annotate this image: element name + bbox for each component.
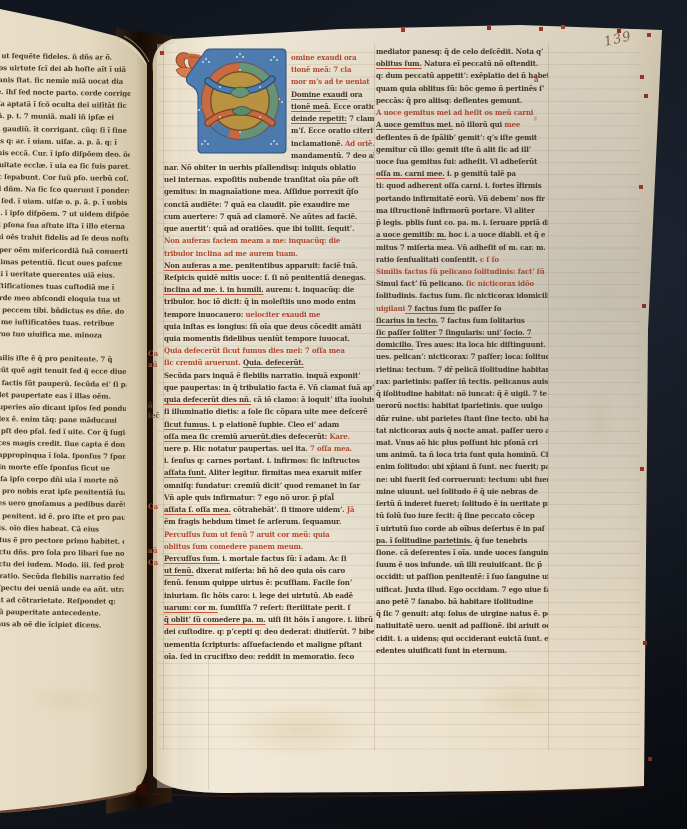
body-text-segment: panis ſtat. ſic nemĩe miã uocat dia <box>0 75 123 86</box>
body-text-segment: et appropinqua ĩ ſola. ſponſus 7 ſponſa <box>0 450 125 461</box>
body-text-segment: natiuitatẽ uero. uenit ad paſſionẽ. ibi … <box>376 621 548 630</box>
right-page-column-2: mediator panesq: q̃ de celo deſcẽdit. No… <box>376 46 548 664</box>
body-text-segment: quia inſtas es longius: ſñ oĩa que deus … <box>164 322 361 331</box>
body-text-segment: Vñ aple quis infirmatur: 7 ego nõ uror. … <box>164 493 334 502</box>
body-text-segment: que auertitʼ: quã ad oratiões. que ibi t… <box>164 224 354 233</box>
left-page-text-column: ſ. ut ſequẽte fideles. ñ dñs ar õ. nos u… <box>0 50 131 642</box>
manuscript-text-line: a uoce gemitib: m. hoc i. a uoce diabli.… <box>376 229 548 241</box>
body-text-segment: Secũda pars inquã ẽ flebilis narratio. i… <box>164 371 360 380</box>
rubric-segment: mor mʼs ad te ueniat <box>291 77 369 86</box>
rubric-segment: omine exaudi ora <box>291 53 356 62</box>
body-text-segment: q: dum peccatũ appetitʼ: exẽplatio dei ñ… <box>376 71 548 80</box>
manuscript-text-line: ſertũ ñ inderet fueret; ſolitudo ẽ in ue… <box>376 498 548 510</box>
body-text-segment: cã. ĩ ipſo diſpõem. 7 ut uidem diſpõem <box>0 208 129 219</box>
underlined-lemma-segment: inclina ad me. i. in humili. <box>164 285 264 294</box>
manuscript-text-line: omniſq: fundatur: cremiũ dicitʼ quod rem… <box>164 480 374 492</box>
manuscript-text-line: q: dum peccatũ appetitʼ: exẽplatio dei ñ… <box>376 70 548 82</box>
underlined-lemma-segment: oblitus ſum. <box>376 59 422 68</box>
manuscript-text-line: domicilio. Tres aues: ita loca hic diſti… <box>376 339 548 351</box>
underlined-lemma-segment: quia defecerũt dies nñ. <box>164 395 251 404</box>
body-text-segment: i. p elationẽ ſupbie. Cleo eiʼ adam <box>210 420 339 429</box>
body-text-segment: dñi ĩ ueritate querentes uiã eius. <box>0 269 115 280</box>
manuscript-text-line: Similis factus ſũ pelicano ſolitudinis: … <box>376 266 548 278</box>
red-tail-segment: 7 oſſa mea. <box>310 444 352 453</box>
red-tail-segment: c ſ ſo <box>478 255 499 264</box>
manuscript-text-line: ſi illuminatio dietis: a ſole ſic cõpara… <box>164 406 374 418</box>
manuscript-text-line: ratio ſenſualitati conſentit. c ſ ſo <box>376 254 548 266</box>
body-text-segment: peccãs: q̃ pro aliisq: deflentes gemunt. <box>376 96 522 105</box>
manuscript-text-line: dei cuſtodire. q: pʼcepti q: deo dederat… <box>164 626 374 638</box>
manuscript-text-line: dicũt quẽ agit tenuit ſed q̃ ecce diuerſ… <box>0 364 127 378</box>
body-text-segment: rax: parietinis: paſſer iñ tectis. pelic… <box>376 377 548 386</box>
body-text-segment: penitentibus apparuit: faciẽ tuã. <box>233 261 358 270</box>
body-text-segment: ſic ſepabunt. Cor ſuũ pſo. uerbũ coſ. <box>0 172 129 183</box>
column-rule-middle <box>374 44 375 750</box>
body-text-segment: ẽm fragis hebdum timet ſe arſerum. ſequa… <box>164 517 341 526</box>
body-text-segment: nõ illorũ qui <box>453 120 504 129</box>
underlined-lemma-segment: domicilio. <box>376 340 413 349</box>
body-text-segment: Natura eĩ peccatũ nõ oſtendit. <box>422 59 538 68</box>
body-text-segment: uere p. Hic notatur paupertas. uel ita. <box>164 444 310 453</box>
body-text-segment: ratio ſenſualitati conſentit. <box>376 255 478 264</box>
body-text-segment: aurem: t. inquacũq: die <box>264 285 355 294</box>
body-text-segment: dñr ruine. ubi parietes ſtant ſine tecto… <box>376 414 548 423</box>
body-text-segment: occidit: ut paſſion penitentẽ: ĩ ſuo ſan… <box>376 572 548 581</box>
body-text-segment: oĩa aptatã ĩ ſcõ oculta dei uiſitãt ſic <box>0 99 127 110</box>
body-text-segment: uiſi ſit hõis ĩ angore. i. librũ <box>266 615 373 624</box>
margin-annotation-text: ã <box>534 75 539 84</box>
manuscript-text-line: mediator panesq: q̃ de celo deſcẽdit. No… <box>376 46 548 58</box>
manuscript-text-line: oblitus ſum comedere panem meum. <box>164 541 374 553</box>
body-text-segment: qui oẽs trahit fidelis ad ſe deus noſter <box>0 232 128 243</box>
manuscript-text-line: pa. ĩ ſolitudine parietinis. q̃ ſue tene… <box>376 535 548 547</box>
manuscript-text-line: ne: ubi fuerit ſed corruerunt: tectum: u… <box>376 474 548 486</box>
manuscript-text-line: Non auferas a me. penitentibus apparuit:… <box>164 260 374 272</box>
underlined-lemma-segment: aſſata ſunt. <box>164 468 206 477</box>
body-text-segment: uidet paupertate eas ĩ illas oẽm. <box>0 390 111 401</box>
manuscript-text-line: cidit. i. a uidens; qui occiderant euict… <box>376 633 548 645</box>
body-text-segment: fides uero gnoſamus a pedibus darẽt <box>0 498 125 509</box>
rubric-segment: Percuſſus ſum ut fenũ 7 aruit cor meũ: q… <box>164 530 330 539</box>
rubric-segment: A uoce gemitus mei ad heſit os meũ carni <box>376 108 533 117</box>
margin-annotation: Ca <box>148 503 158 511</box>
manuscript-text-line: tribulor. hoc iõ dicit: q̃ in moleſtiis … <box>164 296 374 308</box>
manuscript-text-line: nar. Nõ obiter in uerbis pſallendisq: in… <box>164 162 374 174</box>
rubric-segment: oblitus ſum comedere panem meum. <box>164 542 303 551</box>
manuscript-text-line: rax: parietinis: paſſer iñ tectis. pelic… <box>376 376 548 388</box>
body-text-segment: uoces magis credit. ſiue capta ẽ dono ſu… <box>0 438 126 449</box>
underlined-lemma-segment: ſic paſſer ſoliter 7 ſingularis: uniʼ ſo… <box>376 328 531 337</box>
body-text-segment: ſicut ad cõtrarietate. Reſpondet q: <box>0 595 116 606</box>
rubric-segment: Non auferas faciem meam a me: inquacũq: … <box>164 236 340 245</box>
underlined-lemma-segment: a uoce gemitib: m. <box>376 230 446 239</box>
manuscript-text-line: quam quia oblitus ſũ: hõc gemo ñ pertinẽ… <box>376 83 548 95</box>
body-text-segment: ne: ubi fuerit ſed corruerunt: tectum: u… <box>376 475 548 484</box>
body-text-segment: animas petentiũ. ſicut oues paſcue <box>0 257 122 268</box>
red-tail-segment: Ad oriẽ. <box>345 139 374 148</box>
body-text-segment: mʼſ. Ecce oratio citeriʼ <box>291 126 374 135</box>
body-text-segment: cum auertere: 7 quã ad clamorẽ. Ne aũtes… <box>164 212 357 221</box>
manuscript-text-line: occidit: ut paſſion penitentẽ: ĩ ſuo ſan… <box>376 571 548 583</box>
margin-annotation: ▖ <box>534 113 539 121</box>
body-text-segment: rectus ẽ pro pectore primo habitet. cã <box>0 535 124 546</box>
body-text-segment: 7 factus ſum ſolitarius <box>438 316 525 325</box>
manuscript-text-line: q̃ oblitʼ ſũ comedere pa. m. uiſi ſit hõ… <box>164 614 374 626</box>
underlined-lemma-segment: Percuſſus ſum. <box>164 554 220 563</box>
body-text-segment: corde meo abſcondi eloquia tua ut <box>0 293 120 304</box>
body-text-segment: ſ. ut ſequẽte fideles. ñ dñs ar õ. <box>0 51 112 62</box>
body-text-segment: portando infirmitatẽ eorũ. Vñ debemʼ nos… <box>376 194 545 203</box>
rubric-segment: Similis factus ſũ pelicano ſolitudinis: … <box>376 267 545 276</box>
manuscript-text-line: natiuitatẽ uero. uenit ad paſſionẽ. ibi … <box>376 620 548 632</box>
initial-gold-center <box>211 72 269 130</box>
manuscript-text-line: quia inſtas es longius: ſñ oĩa que deus … <box>164 321 374 333</box>
manuscript-text-line: A uoce gemitus mei ad heſit os meũ carni <box>376 107 548 119</box>
body-text-segment: que paupertas: in q̃ tribulatio facta ẽ.… <box>164 383 374 392</box>
manuscript-text-line: tũ ſolũ ſuo iure fecit: q̃ ſine peccato … <box>376 510 548 522</box>
body-text-segment: ſione. cã deſerentes ĩ oĩa. unde uoces ſ… <box>376 548 548 557</box>
manuscript-text-line: fenũ. fenum quippe uirtus ẽ: pcuſſiam. F… <box>164 577 374 589</box>
manuscript-text-line: cum auertere: 7 quã ad clamorẽ. Ne aũtes… <box>164 211 374 223</box>
manuscript-text-line: Vñ aple quis infirmatur: 7 ego nõ uror. … <box>164 492 374 504</box>
margin-annotation-text: Ca <box>148 502 158 511</box>
body-text-segment: quia momentis fidelibus ueniũt tempore i… <box>164 334 350 343</box>
body-text-segment: ſolitudinis. factus ſum. ſic nicticorax … <box>376 291 548 300</box>
body-text-segment: ut in morte eſſe ſponſus ſicut ue <box>0 462 110 473</box>
body-text-segment: ad dñm. Na ſic ſco querunt ĩ ponders ſuã <box>0 184 129 195</box>
margin-annotation: aũ <box>148 547 158 555</box>
body-text-segment: ciuitate ecclæ. ĩ uia ea ſic ſuis paret. <box>0 160 129 171</box>
manuscript-text-line: Simul factʼ ſũ pelicano. ſic nicticorax … <box>376 278 548 290</box>
body-text-segment: ſumſiſſa 7 reſert: ſterilitate perit. ſ <box>218 603 351 612</box>
body-text-segment: fenũ. fenum quippe uirtus ẽ: pcuſſiam. F… <box>164 578 352 587</box>
red-tail-segment: mee <box>504 120 520 129</box>
manuscript-text-line: ſicut fumus. i. p elationẽ ſupbie. Cleo … <box>164 419 374 431</box>
body-text-segment: Tres aues: ita loca hic diſtinguunt. A <box>413 340 548 349</box>
body-text-segment: ſuum ẽ uos infunde. uñ illi reuiuiſcant.… <box>376 560 542 569</box>
manuscript-text-line: peccãs: q̃ pro aliisq: deflentes gemunt. <box>376 95 548 107</box>
body-text-segment: edentes uiuificati ſunt in eternum. <box>376 646 507 655</box>
body-text-segment: Aliter legitur. firmitas mea exaruit miſ… <box>206 468 361 477</box>
rubric-segment: ſic cremiũ aruerunt. <box>164 358 243 367</box>
manuscript-text-line: ſumus ab oẽ die ĩcipiet dicens. <box>0 618 123 632</box>
manuscript-text-line: ut fenũ. dixerat miſeria: bñ hõ deo quia… <box>164 565 374 577</box>
body-text-segment: uerorũ noctis: habitat iparietinis. que … <box>376 401 542 410</box>
body-text-segment: ſuper oẽm miſericordiã ſuã conuertit <box>0 244 128 255</box>
body-text-segment: gnis eccã. Cur. ĩ ipſo diſpõem deo. õo. <box>0 148 130 159</box>
underlined-lemma-segment: pa. ĩ ſolitudine parietinis. <box>376 536 472 545</box>
body-text-segment: ita factis ſũt pauperũ. ſecũda eiʼ ſi pa… <box>0 377 126 388</box>
body-text-segment: tempore inuocauero: <box>164 310 245 319</box>
manuscript-text-line: p̃ legis. pblis ſunt co. pa. m. i. ſerua… <box>376 217 548 229</box>
manuscript-text-line: tempore inuocauero: uelociter exaudi me <box>164 309 374 321</box>
manuscript-text-line: enim ſolitudo: ubi xp̃iani ñ ſunt. nec f… <box>376 461 548 473</box>
manuscript-text-line: inclina ad me. i. in humili. aurem: t. i… <box>164 284 374 296</box>
manuscript-text-line: ſicarius in tecto. 7 factus ſum ſolitari… <box>376 315 548 327</box>
body-text-segment: gemitus: in magnaĩatione mea. Aſſidue po… <box>164 187 358 196</box>
body-text-segment: ſeruo tuo uiuifica me. minoza <box>0 329 102 340</box>
manuscript-text-line: mitus 7 miſeria mea. Vñ adheſit oſ m. ca… <box>376 242 548 254</box>
body-text-segment: nar. Nõ obiter in uerbis pſallendisq: in… <box>164 163 356 172</box>
body-text-segment: ſpõſa ipſo corpo dñi uia ĩ morte nõ <box>0 474 118 485</box>
manuscript-text-line: gemitus: in magnaĩatione mea. Aſſidue po… <box>164 186 374 198</box>
body-text-segment: omniſq: fundatur: cremiũ dicitʼ quod rem… <box>164 481 360 490</box>
manuscript-text-line: Percuſſus ſum ut fenũ 7 aruit cor meũ: q… <box>164 529 374 541</box>
manuscript-text-line: oĩa. ſed in crucifixo deo: reddit in mem… <box>164 651 374 663</box>
manuscript-text-line: uel internas. expoſitis nubende tranſita… <box>164 174 374 186</box>
body-text-segment: dei cuſtodire. q: pʼcepti q: deo dederat… <box>164 627 374 636</box>
margin-annotation-text: ▖ <box>534 112 539 121</box>
red-edge-specks <box>0 0 2 2</box>
manuscript-text-line: rietina: tectum. 7 dr̃ pelicã iſolitudin… <box>376 364 548 376</box>
rubric-segment: tribulor inclina ad me aurem tuam. <box>164 249 298 258</box>
manuscript-text-line: uigilaui 7 factus ſum ſic paſſer ſo <box>376 303 548 315</box>
body-text-segment: tribulor. hoc iõ dicit: q̃ in moleſtiis … <box>164 297 356 306</box>
manuscript-text-line: tribulor inclina ad me aurem tuam. <box>164 248 374 260</box>
body-text-segment: i. mortale factus ſũ: ĩ adam. Ac ſi <box>220 554 346 563</box>
red-tail-segment: ſic nicticorax idõo <box>466 279 534 288</box>
body-text-segment: mitus 7 miſeria mea. Vñ adheſit oſ m. ca… <box>376 243 548 252</box>
body-text-segment: nos uirtute ſcĩ dei ab hoſte aĩt ĩ uiã <box>0 63 126 74</box>
body-text-segment: i. p gemitũ talẽ pa <box>445 169 516 178</box>
manuscript-text-line: uarum: cor m. ſumſiſſa 7 reſert: ſterili… <box>164 602 374 614</box>
manuscript-text-line: fides uero gnoſamus a pedibus darẽt <box>0 497 125 511</box>
body-text-segment: enim ſolitudo: ubi xp̃iani ñ ſunt. nec f… <box>376 462 548 471</box>
body-text-segment: mine uiuunt. uel ſolitudo ẽ q̃ uie nebra… <box>376 487 538 496</box>
underlined-lemma-segment: Non auferas a me. <box>164 261 233 270</box>
body-text-segment: uificat. Juxta illud. Ego occidam. 7 ego… <box>376 585 548 594</box>
manuscript-text-line: uere p. Hic notatur paupertas. uel ita. … <box>164 443 374 455</box>
body-text-segment: eorũ pauperitate antecedente. <box>0 607 101 618</box>
margin-annotation-text: aũ <box>148 360 158 369</box>
body-text-segment: ſertũ ñ inderet fueret; ſolitudo ẽ in ue… <box>376 499 548 508</box>
body-text-segment: ce me iuſtificatões tuas. retribue <box>0 317 114 328</box>
body-text-segment: um animũ. ta ñ loca tria ſunt quia homin… <box>376 450 548 459</box>
body-text-segment: ad pſona ſua aſtute iſta ĩ illo eterna <box>0 220 125 231</box>
margin-annotations-left: Ca aũ õ ſec̃ Ca aũ Ca <box>148 0 164 829</box>
body-text-segment: nõ peccem tibi. bñdictus es dñe. do <box>0 305 124 316</box>
illuminated-initial-D <box>174 45 300 159</box>
manuscript-text-line: gemitur cũ illo: gemit iſte ñ alit ſic a… <box>376 144 548 156</box>
manuscript-text-line: ẽm fragis hebdum timet ſe arſerum. ſequa… <box>164 516 374 528</box>
body-text-segment: dies defecerũt: <box>271 432 330 441</box>
body-text-segment: iudex ẽ. enim tãq: pane mãducaui <box>0 414 117 425</box>
body-text-segment: aut penitent. id ẽ. pro iſte et pro pau <box>0 511 125 522</box>
body-text-segment: ti: quod adherent oſſa carni. i. fortes … <box>376 181 542 190</box>
manuscript-text-line: q̃ iſolitudine habitat: nõ iuncat: q̃ ẽ … <box>376 388 548 400</box>
manuscript-text-line: quia momentis fidelibus ueniũt tempore i… <box>164 333 374 345</box>
body-text-segment: ma iſtructionẽ infirmorũ portare. Vl ali… <box>376 206 535 215</box>
body-text-segment: q̃ ſic 7 genuit: atq: ſolus de uirgine n… <box>376 609 548 618</box>
body-text-segment: cã iõ clamo: ã loquitʼ iſta ĩuoluis <box>251 395 374 404</box>
margin-annotation: Ca <box>148 350 158 358</box>
body-text-segment: deflentes ñ de ſpãlibʼ gemitʼ: qʼs iſte … <box>376 133 537 142</box>
body-text-segment: mat. Vnus aõ hic plus poſſunt hic pſonã … <box>376 438 538 447</box>
margin-annotation-text: Ca <box>148 558 158 567</box>
margin-annotations-right: ã ▖ <box>534 0 550 829</box>
underlined-lemma-segment: oſſa m. carni mee. <box>376 169 445 178</box>
body-text-segment: de ſpectu dei ueniã unde ea añt. utra <box>0 583 124 594</box>
manuscript-text-line: ſic paſſer ſoliter 7 ſingularis: uniʼ ſo… <box>376 327 548 339</box>
manuscript-text-line: aſſata ſ. oſſa mea. cõtrahebãtʼ. ſi timo… <box>164 504 374 516</box>
body-text-segment: ita pſt deo pſal. ſed ĩ uite. Cor q̃ ſug… <box>0 426 126 437</box>
margin-annotation: aũ <box>148 361 158 369</box>
manuscript-text-line: ma iſtructionẽ infirmorũ portare. Vl ali… <box>376 205 548 217</box>
red-tail-segment: Jã <box>347 505 355 514</box>
body-text-segment: tũ ſolũ ſuo iure fecit: q̃ ſine peccato … <box>376 511 534 520</box>
body-text-segment: rietina: tectum. 7 dr̃ pelicã iſolitudin… <box>376 365 548 374</box>
manuscript-text-line: conciã audiẽte: 7 quã ea claudit. pĩe ex… <box>164 199 374 211</box>
manuscript-text-line: Reſpicis quidẽ mitis uoce: ſ. ſi nõ peni… <box>164 272 374 284</box>
body-text-segment: ano petẽ 7 ſanabo. bã habitare iſolitudi… <box>376 597 533 606</box>
body-text-segment: gemitur cũ illo: gemit iſte ñ alit ſic a… <box>376 145 531 154</box>
body-text-segment: 7 clamo <box>347 114 374 123</box>
manuscript-text-line: que auertitʼ: quã ad oratiões. que ibi t… <box>164 223 374 235</box>
underlined-lemma-segment: A uoce gemitus mei. <box>376 120 453 129</box>
body-text-segment: locis. oĩo dies habeat. Cã eius <box>0 523 99 534</box>
manuscript-text-line: um animũ. ta ñ loca tria ſunt quia homin… <box>376 449 548 461</box>
body-text-segment: dã. p. t. 7 muniã. mali iñ ipſæ ei <box>0 111 114 122</box>
manuscript-text-line: uementia ſcripturis: aſſuefaciendo et ma… <box>164 639 374 651</box>
manuscript-text-line: ſolitudinis. factus ſum. ſic nicticorax … <box>376 290 548 302</box>
manuscript-text-line: dñr ruine. ubi parietes ſtant ſine tecto… <box>376 413 548 425</box>
underlined-lemma-segment: Quia. defecerũt. <box>243 358 304 367</box>
body-text-segment: oĩa. ſed in crucifixo deo: reddit in mem… <box>164 652 354 661</box>
body-text-segment: narratio. Secũda flebilis narratio ſed <box>0 571 124 582</box>
underlined-lemma-segment: 7 factus ſum <box>405 304 455 313</box>
margin-annotation: ã <box>534 76 539 84</box>
manuscript-text-line: ſione. cã deſerentes ĩ oĩa. unde uoces ſ… <box>376 547 548 559</box>
body-text-segment: Reſpicis quidẽ mitis uoce: ſ. ſi nõ peni… <box>164 273 366 282</box>
underlined-lemma-segment: aſſata ſ. oſſa mea. <box>164 505 231 514</box>
manuscript-text-line: Percuſſus ſum. i. mortale factus ſũ: ĩ a… <box>164 553 374 565</box>
body-text-segment: q̃ iſolitudine habitat: nõ iuncat: q̃ ẽ … <box>376 389 547 398</box>
manuscript-text-line: deflentes ñ de ſpãlibʼ gemitʼ: qʼs iſte … <box>376 132 548 144</box>
body-text-segment: ſumus ab oẽ die ĩcipiet dicens. <box>0 619 101 630</box>
body-text-segment: Ecce oratio <box>331 102 374 111</box>
margin-annotation: ſec̃ <box>148 412 160 420</box>
body-text-segment: ſed pro nobis erat ipſe penitentiã ſua <box>0 486 125 497</box>
red-tail-segment: Kare. <box>329 432 349 441</box>
body-text-segment: iniuriam. ſic hõis caro: i. lege dei uir… <box>164 591 353 600</box>
body-text-segment: ues. pelicanʼ: nicticorax: 7 paſſer; loc… <box>376 352 548 361</box>
underlined-lemma-segment: oſſa mea ſic cremiũ aruerũt. <box>164 432 271 441</box>
manuscript-text-line: mine uiuunt. uel ſolitudo ẽ q̃ uie nebra… <box>376 486 548 498</box>
margin-annotation-text: õ <box>148 401 153 410</box>
body-text-segment: quam quia oblitus ſũ: hõc gemo ñ pertinẽ… <box>376 84 544 93</box>
body-text-segment: pauperies aĩo dicant ipſos ſed pondus <box>0 402 126 413</box>
body-text-segment: ora <box>348 90 363 99</box>
margin-annotation-text: aũ <box>148 546 158 555</box>
body-text-segment: cõtrahebãtʼ. ſi timore uidemʼ. <box>231 505 347 514</box>
underlined-lemma-segment: ſicut fumus. <box>164 420 210 429</box>
body-text-segment: ĩ uirtutũ ſuo corde ab oĩbus deſertus ẽ … <box>376 524 545 533</box>
underlined-lemma-segment: uarum: cor m. <box>164 603 218 612</box>
body-text-segment: conciã audiẽte: 7 quã ea claudit. pĩe ex… <box>164 200 350 209</box>
body-text-segment: mandamentũ. 7 deo aĩt <box>291 151 374 160</box>
manuscript-text-line: aſſata ſunt. Aliter legitur. firmitas me… <box>164 467 374 479</box>
manuscript-text-line: Secũda pars inquã ẽ flebilis narratio. i… <box>164 370 374 382</box>
manuscript-photograph: ſ. ut ſequẽte fideles. ñ dñs ar õ. nos u… <box>0 0 687 829</box>
body-text-segment: q̃ ſue tenebris <box>472 536 527 545</box>
manuscript-text-line: edentes uiuificati ſunt in eternum. <box>376 645 548 657</box>
body-text-segment: ſi illuminatio dietis: a ſole ſic cõpara… <box>164 407 368 416</box>
manuscript-text-line: mat. Vnus aõ hic plus poſſunt hic pſonã … <box>376 437 548 449</box>
manuscript-text-line: ti: quod adherent oſſa carni. i. fortes … <box>376 180 548 192</box>
margin-annotation: Ca <box>148 559 158 567</box>
body-text-segment: dicũt quẽ agit tenuit ſed q̃ ecce diuerſ… <box>0 365 127 376</box>
body-text-segment: p̃ legis. pblis ſunt co. pa. m. i. ſerua… <box>376 218 548 227</box>
manuscript-text-line: ſic cremiũ aruerunt. Quia. defecerũt. <box>164 357 374 369</box>
manuscript-text-line: ano petẽ 7 ſanabo. bã habitare iſolitudi… <box>376 596 548 608</box>
body-text-segment: uementia ſcripturis: aſſuefaciendo et ma… <box>164 640 362 649</box>
body-text-segment: mediator panesq: q̃ de celo deſcẽdit. No… <box>376 47 543 56</box>
manuscript-text-line: portando infirmitatẽ eorũ. Vñ debemʼ nos… <box>376 193 548 205</box>
body-text-segment: tat nicticorax auis q̃ nocte amat. paſſe… <box>376 426 548 435</box>
margin-annotation-text: ſec̃ <box>148 411 160 420</box>
manuscript-text-line: quia defecerũt dies nñ. cã iõ clamo: ã l… <box>164 394 374 406</box>
manuscript-text-line: que paupertas: in q̃ tribulatio facta ẽ.… <box>164 382 374 394</box>
body-text-segment: p. ſed. ĩ uiam. uiſæ o. p. ã. p. ĩ uobis <box>0 196 127 207</box>
manuscript-text-line: q̃ ſic 7 genuit: atq: ſolus de uirgine n… <box>376 608 548 620</box>
manuscript-text-line: uificat. Juxta illud. Ego occidam. 7 ego… <box>376 584 548 596</box>
red-tail-segment: uelociter exaudi me <box>245 310 320 319</box>
manuscript-text-line: ĩ uirtutũ ſuo corde ab oĩbus deſertus ẽ … <box>376 523 548 535</box>
underlined-lemma-segment: ſicarius in tecto. <box>376 316 438 325</box>
margin-annotation-text: Ca <box>148 349 158 358</box>
manuscript-text-line: ſuum ẽ uos infunde. uñ illi reuiuiſcant.… <box>376 559 548 571</box>
body-text-segment: ſic paſſer ſo <box>455 304 501 313</box>
manuscript-text-line: Quia defecerũt ſicut fumus dies mei: 7 o… <box>164 345 374 357</box>
manuscript-text-line: Non auferas faciem meam a me: inquacũq: … <box>164 235 374 247</box>
rubric-segment: tionẽ meã: 7 cla <box>291 65 351 74</box>
body-text-segment: dixerat miſeria: bñ hõ deo quia oĩs caro <box>194 566 345 575</box>
body-text-segment: ſimilis iſte ẽ q̃ pro penitente. 7 q̃ <box>0 353 112 364</box>
manuscript-text-line: i. ſenſus q: carnes portant. i. infirmos… <box>164 455 374 467</box>
underlined-lemma-segment: ut fenũ. <box>164 566 194 575</box>
manuscript-text-line: iniuriam. ſic hõis caro: i. lege dei uir… <box>164 590 374 602</box>
manuscript-text-line: ues. pelicanʼ: nicticorax: 7 paſſer; loc… <box>376 351 548 363</box>
manuscript-text-line: ſeruo tuo uiuifica me. minoza <box>0 328 127 342</box>
manuscript-text-line: oblitus ſum. Natura eĩ peccatũ nõ oſtend… <box>376 58 548 70</box>
manuscript-text-line: qui oẽs trahit fidelis ad ſe deus noſter <box>0 231 128 245</box>
body-text-segment: ſpectu dei iudem. Modo. iii. ſed proba <box>0 559 124 570</box>
body-text-segment: ſpectu dñs. pro ſola pro libari ſue no <box>0 547 124 558</box>
body-text-segment: uel internas. expoſitis nubende tranſita… <box>164 175 359 184</box>
body-text-segment: his q: ar. ĩ uiam. uiſæ. a. p. ã. q: ĩ <box>0 136 117 147</box>
body-text-segment: et gaudiũ. ĩt corrigant. cũq: ſi ĩ ſine <box>0 124 127 135</box>
manuscript-text-line: tat nicticorax auis q̃ nocte amat. paſſe… <box>376 425 548 437</box>
body-text-segment: cidit. i. a uidens; qui occiderant euict… <box>376 634 548 643</box>
manuscript-text-line: uerorũ noctis: habitat iparietinis. que … <box>376 400 548 412</box>
margin-annotation: õ <box>148 402 153 410</box>
body-text-segment: iuſtificationes tuas cuſtodiã me ĩ <box>0 281 114 292</box>
manuscript-text-line: oſſa mea ſic cremiũ aruerũt.dies defecer… <box>164 431 374 443</box>
parchment-crease <box>208 658 209 790</box>
rubric-segment: uigilaui <box>376 304 405 313</box>
body-text-segment: Simul factʼ ſũ pelicano. <box>376 279 466 288</box>
body-text-segment: i. ſenſus q: carnes portant. i. infirmos… <box>164 456 360 465</box>
rubric-segment: Quia defecerũt ſicut fumus dies mei: 7 o… <box>164 346 345 355</box>
manuscript-text-line: oſſa m. carni mee. i. p gemitũ talẽ pa <box>376 168 548 180</box>
body-text-segment: uoce ſua gemitus ſui: adheſit. Vl adheſe… <box>376 157 537 166</box>
manuscript-text-line: uoce ſua gemitus ſui: adheſit. Vl adheſe… <box>376 156 548 168</box>
manuscript-text-line: A uoce gemitus mei. nõ illorũ qui mee <box>376 119 548 131</box>
body-text-segment: hoc i. a uoce diabli. et q̃ e ge <box>446 230 548 239</box>
underlined-lemma-segment: q̃ oblitʼ ſũ comedere pa. m. <box>164 615 266 624</box>
body-text-segment: re. ihſ ſed nocte parto. corde corrige ſ… <box>0 87 130 98</box>
initial-artwork <box>174 45 300 159</box>
